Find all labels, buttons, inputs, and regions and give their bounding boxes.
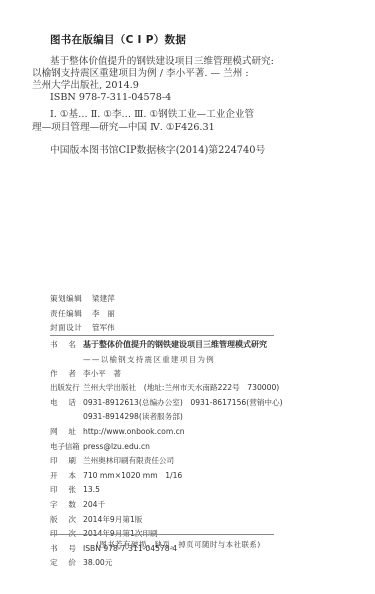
- email-value: press@lzu.edu.cn: [83, 440, 150, 455]
- divider-top: [50, 335, 274, 336]
- spec-label: 出版发行: [50, 381, 76, 396]
- spec-label: 网址: [50, 425, 76, 440]
- editor-row: 责任编辑 李 丽: [50, 307, 115, 322]
- cip-heading: 图书在版编目（C I P）数据: [50, 32, 186, 47]
- spec-label: 电话: [50, 396, 76, 411]
- word-count-value: 204千: [83, 498, 105, 513]
- damage-notice: (图书若有破损、缺页、掉页可随时与本社联系): [96, 540, 261, 550]
- spec-label: 定价: [50, 556, 76, 571]
- editor-label: 责任编辑: [50, 307, 92, 322]
- cip-entry-line: 以榆钢支持震区重建项目为例 / 李小平著. — 兰州 :: [32, 68, 352, 80]
- cip-classification: Ⅰ. ①基… Ⅱ. ①李… Ⅲ. ①钢铁工业—工业企业管 理—项目管理—研究—中…: [32, 108, 352, 134]
- spec-website: 网址 http://www.onbook.com.cn: [50, 425, 283, 440]
- spec-phone: 电话 0931-8912613(总编办公室) 0931-8617156(营销中心…: [50, 396, 283, 411]
- format-value: 710 mm×1020 mm 1/16: [83, 469, 182, 484]
- spec-price: 定价 38.00元: [50, 556, 283, 571]
- website-value: http://www.onbook.com.cn: [83, 425, 185, 440]
- cip-entry-line: 兰州大学出版社, 2014.9: [32, 80, 352, 92]
- spec-email: 电子信箱 press@lzu.edu.cn: [50, 440, 283, 455]
- book-title: 基于整体价值提升的钢铁建设项目三维管理模式研究: [83, 338, 267, 353]
- editor-value: 李 丽: [92, 307, 115, 322]
- editor-row: 封面设计 管军伟: [50, 321, 115, 336]
- spec-label: 版次: [50, 513, 76, 528]
- editor-label: 封面设计: [50, 321, 92, 336]
- cip-entry: 基于整体价值提升的钢铁建设项目三维管理模式研究: 以榆钢支持震区重建项目为例 /…: [32, 56, 352, 104]
- editor-row: 策划编辑 梁建萍: [50, 292, 115, 307]
- spec-label: 作者: [50, 367, 76, 382]
- spec-sheets: 印张 13.5: [50, 483, 283, 498]
- printer-value: 兰州奥林印刷有限责任公司: [83, 454, 174, 469]
- cip-record-number: 中国版本图书馆CIP数据核字(2014)第224740号: [50, 142, 265, 156]
- edition-value: 2014年9月第1版: [83, 513, 142, 528]
- editor-label: 策划编辑: [50, 292, 92, 307]
- phone-value: 0931-8912613(总编办公室) 0931-8617156(营销中心): [83, 396, 283, 411]
- price-value: 38.00元: [83, 556, 112, 571]
- spec-label: 字数: [50, 498, 76, 513]
- spec-label: 电子信箱: [50, 440, 76, 455]
- cip-isbn-line: ISBN 978-7-311-04578-4: [32, 92, 352, 104]
- editor-value: 梁建萍: [92, 292, 115, 307]
- spec-printer: 印刷 兰州奥林印刷有限责任公司: [50, 454, 283, 469]
- spec-title: 书名 基于整体价值提升的钢铁建设项目三维管理模式研究: [50, 338, 283, 353]
- cip-class-line: 理—项目管理—研究—中国 Ⅳ. ①F426.31: [32, 121, 352, 134]
- spec-label: 书名: [50, 338, 76, 353]
- phone-value-cont: 0931-8914298(读者服务部): [50, 410, 283, 425]
- publisher-value: 兰州大学出版社 (地址:兰州市天水南路222号 730000): [83, 381, 279, 396]
- spec-publisher: 出版发行 兰州大学出版社 (地址:兰州市天水南路222号 730000): [50, 381, 283, 396]
- cip-class-line: Ⅰ. ①基… Ⅱ. ①李… Ⅲ. ①钢铁工业—工业企业管: [32, 108, 352, 121]
- book-subtitle: ——以榆钢支持震区重建项目为例: [50, 353, 283, 367]
- spec-label: 印刷: [50, 454, 76, 469]
- editor-value: 管军伟: [92, 321, 115, 336]
- spec-label: 印张: [50, 483, 76, 498]
- author-value: 李小平 著: [83, 367, 121, 382]
- spec-label: 书号: [50, 542, 76, 557]
- editor-credits: 策划编辑 梁建萍 责任编辑 李 丽 封面设计 管军伟: [50, 292, 115, 336]
- spec-word-count: 字数 204千: [50, 498, 283, 513]
- spec-format: 开本 710 mm×1020 mm 1/16: [50, 469, 283, 484]
- divider-bottom: [50, 534, 274, 535]
- spec-author: 作者 李小平 著: [50, 367, 283, 382]
- publication-specs: 书名 基于整体价值提升的钢铁建设项目三维管理模式研究 ——以榆钢支持震区重建项目…: [50, 338, 283, 571]
- cip-entry-line: 基于整体价值提升的钢铁建设项目三维管理模式研究:: [32, 56, 352, 68]
- spec-edition: 版次 2014年9月第1版: [50, 513, 283, 528]
- sheets-value: 13.5: [83, 483, 100, 498]
- spec-label: 开本: [50, 469, 76, 484]
